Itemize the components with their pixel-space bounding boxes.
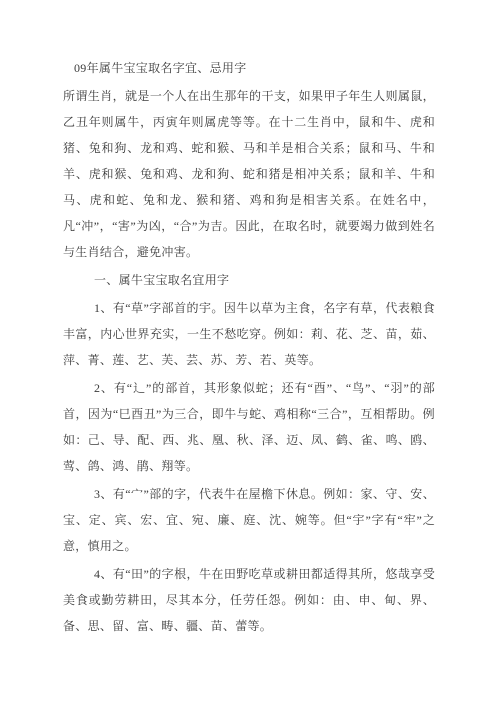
document-title: 09年属牛宝宝取名字宜、忌用字 [63,55,435,81]
rule-4-paragraph: 4、有“田”的字根，牛在田野吃草或耕田都适得其所，悠哉享受美食或勤劳耕田，尽其本… [63,561,435,639]
rule-1-paragraph: 1、有“草”字部首的宇。因牛以草为主食，名字有草，代表粮食丰富，内心世界充实，一… [63,295,435,373]
rule-2-paragraph: 2、有“辶”的部首，其形象似蛇；还有“酉”、“鸟”、“羽”的部首，因为“巳酉丑”… [63,375,435,479]
document-content: 09年属牛宝宝取名字宜、忌用字 所谓生肖，就是一个人在出生那年的干支，如果甲子年… [63,55,435,641]
intro-paragraph: 所谓生肖，就是一个人在出生那年的干支，如果甲子年生人则属鼠，乙丑年则属牛，丙寅年… [63,83,435,265]
rule-3-paragraph: 3、有“宀”部的字，代表牛在屋檐下休息。例如：家、守、安、宝、定、宾、宏、宜、宛… [63,481,435,559]
document-page: 09年属牛宝宝取名字宜、忌用字 所谓生肖，就是一个人在出生那年的干支，如果甲子年… [0,0,500,707]
section-heading: 一、属牛宝宝取名宜用字 [63,267,435,293]
